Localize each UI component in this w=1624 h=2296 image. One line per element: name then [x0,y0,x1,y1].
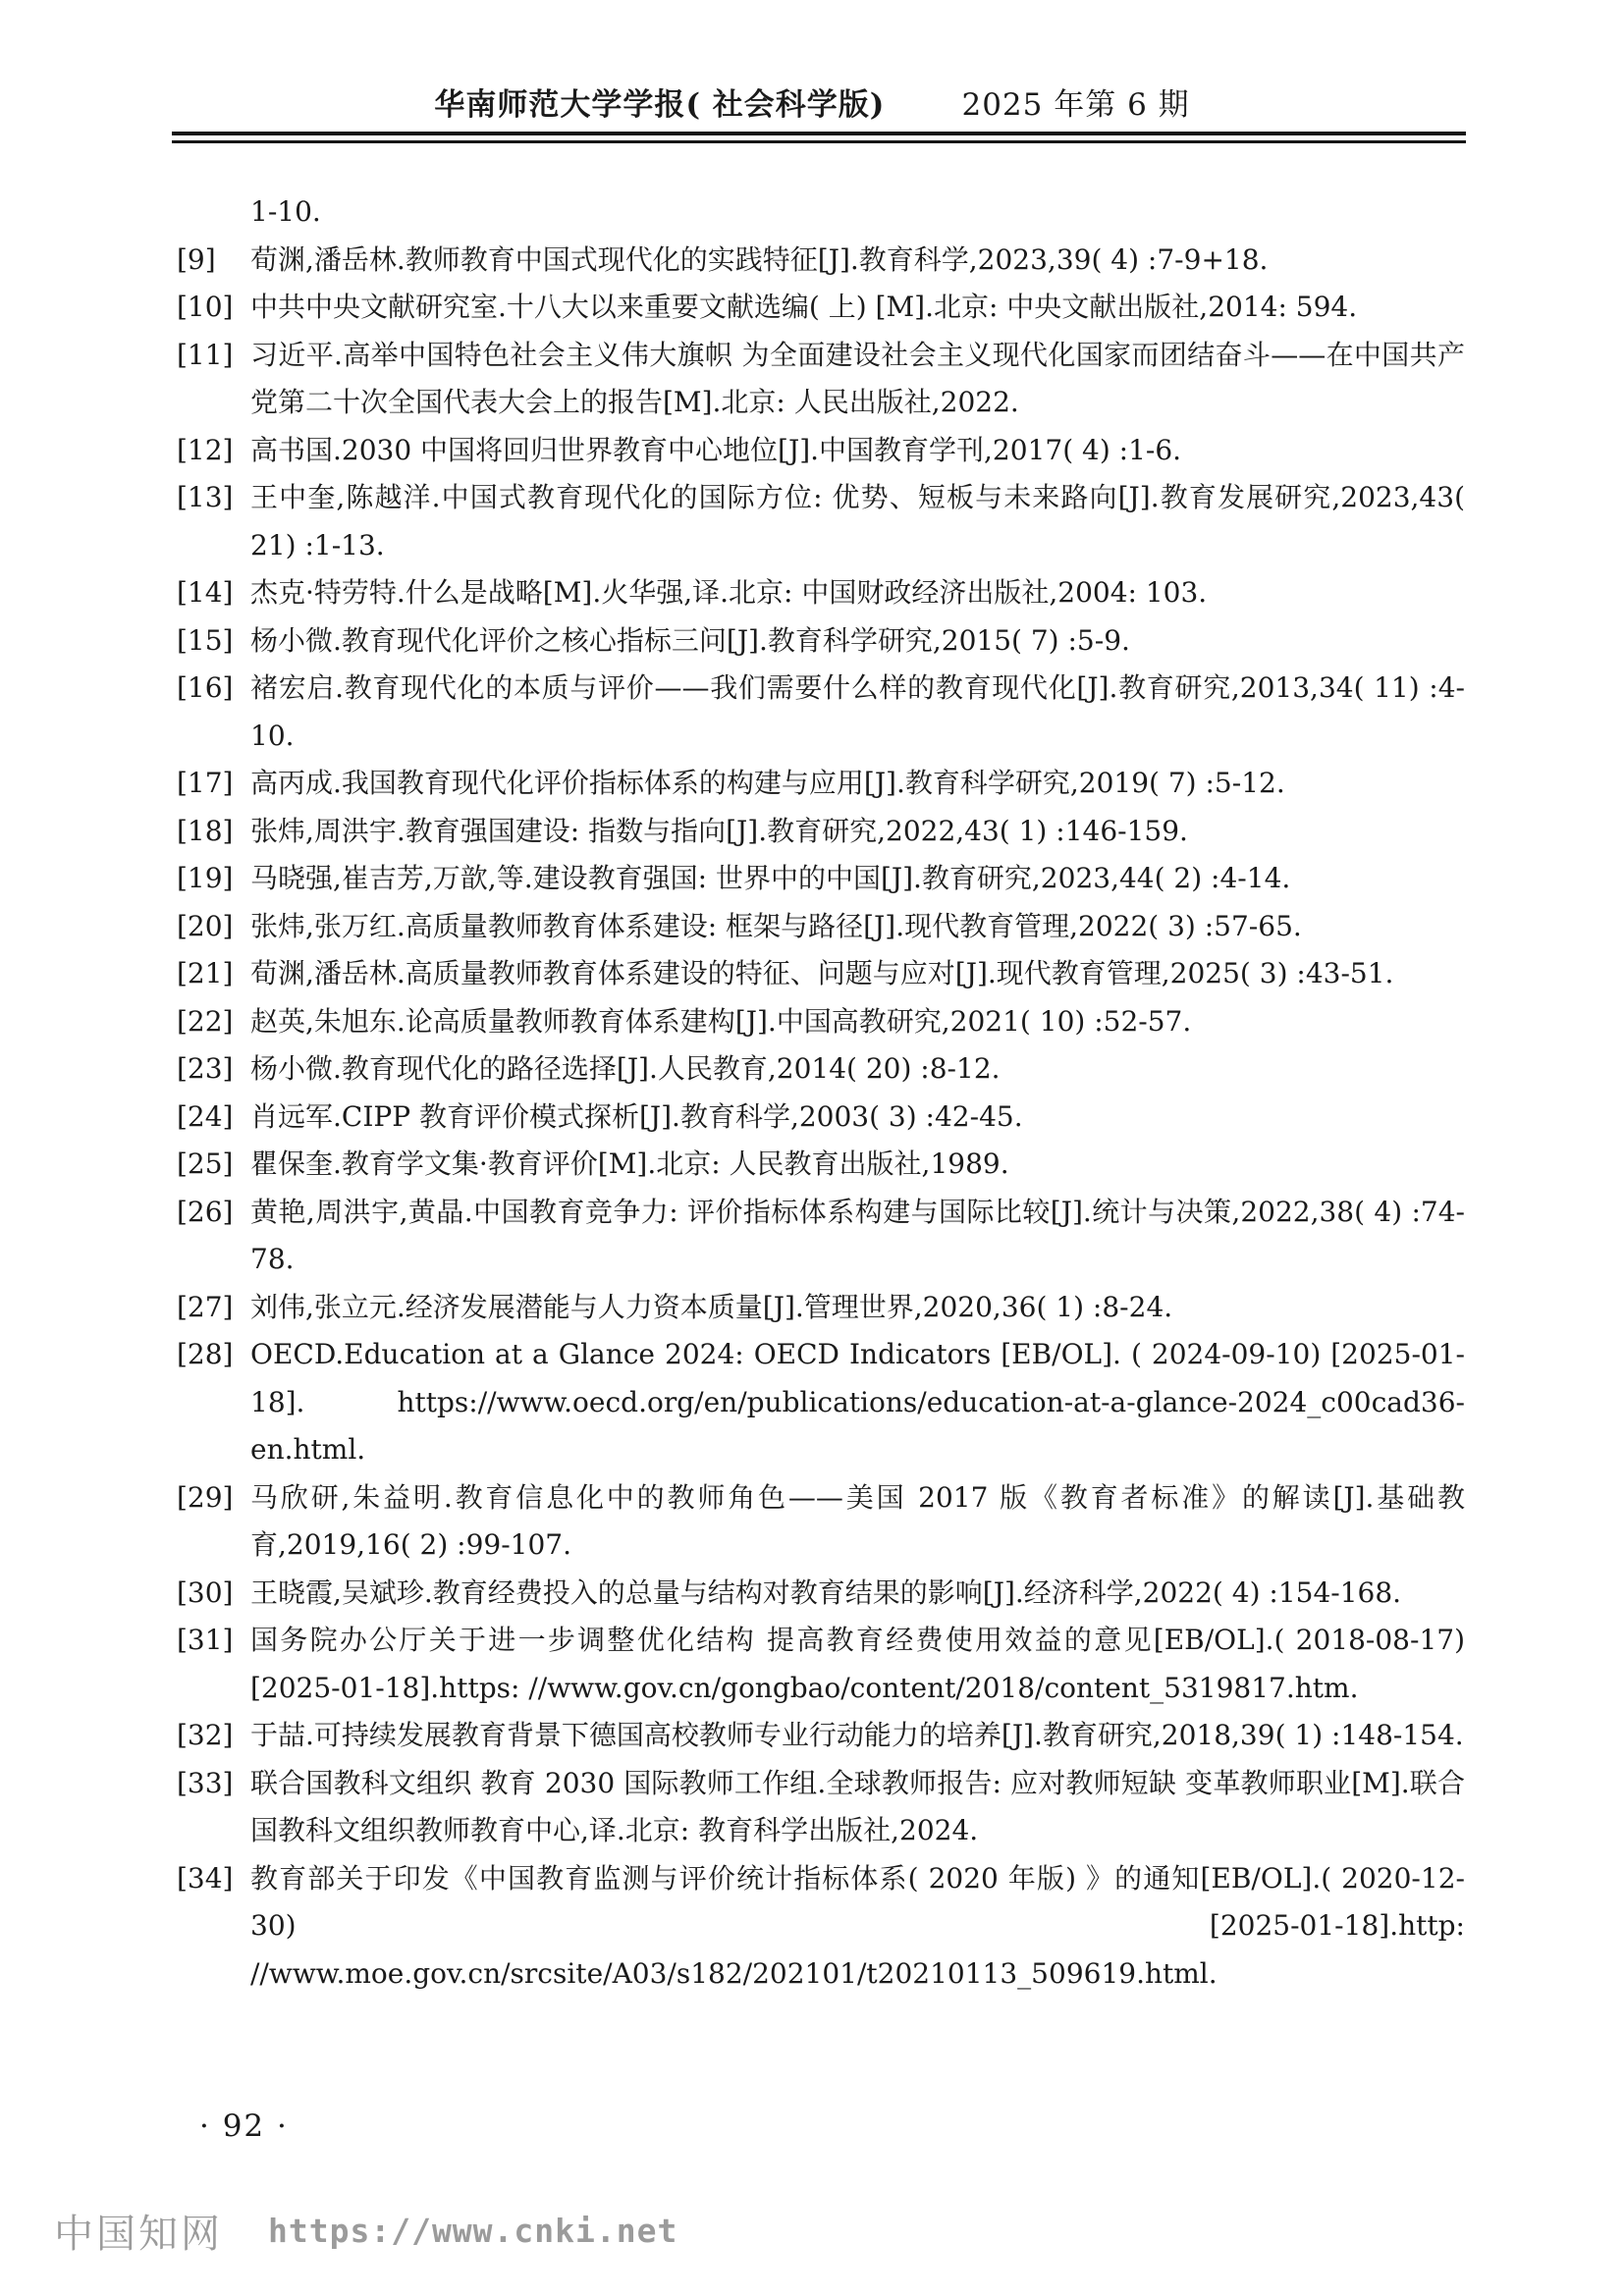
reference-item: [26] 黄艳,周洪宇,黄晶.中国教育竞争力: 评价指标体系构建与国际比较[J]… [177,1189,1465,1284]
reference-text: 刘伟,张立元.经济发展潜能与人力资本质量[J].管理世界,2020,36( 1)… [250,1291,1172,1323]
reference-item: [10] 中共中央文献研究室.十八大以来重要文献选编( 上) [M].北京: 中… [177,284,1465,332]
reference-item: [30] 王晓霞,吴斌珍.教育经费投入的总量与结构对教育结果的影响[J].经济科… [177,1570,1465,1618]
journal-title: 华南师范大学学报( 社会科学版) [434,86,885,124]
reference-text: 瞿保奎.教育学文集·教育评价[M].北京: 人民教育出版社,1989. [250,1148,1009,1180]
cnki-brand: 中国知网 [54,2203,223,2259]
reference-text: 高丙成.我国教育现代化评价指标体系的构建与应用[J].教育科学研究,2019( … [250,767,1285,799]
reference-item: [31] 国务院办公厅关于进一步调整优化结构 提高教育经费使用效益的意见[EB/… [177,1617,1465,1712]
reference-text: 杨小微.教育现代化评价之核心指标三问[J].教育科学研究,2015( 7) :5… [250,624,1130,657]
page-number: · 92 · [199,2109,289,2144]
reference-label: [21] [177,950,233,998]
reference-text: OECD.Education at a Glance 2024: OECD In… [250,1338,1465,1466]
reference-text: 马晓强,崔吉芳,万歆,等.建设教育强国: 世界中的中国[J].教育研究,2023… [250,862,1290,894]
reference-label: [19] [177,855,233,903]
reference-text: 联合国教科文组织 教育 2030 国际教师工作组.全球教师报告: 应对教师短缺 … [250,1767,1465,1847]
reference-label: [14] [177,569,233,617]
reference-item: [20] 张炜,张万红.高质量教师教育体系建设: 框架与路径[J].现代教育管理… [177,903,1465,951]
reference-text: 肖远军.CIPP 教育评价模式探析[J].教育科学,2003( 3) :42-4… [250,1100,1023,1133]
reference-item: [15] 杨小微.教育现代化评价之核心指标三问[J].教育科学研究,2015( … [177,617,1465,666]
reference-text: 王晓霞,吴斌珍.教育经费投入的总量与结构对教育结果的影响[J].经济科学,202… [250,1576,1401,1609]
reference-item: [23] 杨小微.教育现代化的路径选择[J].人民教育,2014( 20) :8… [177,1045,1465,1094]
header-divider [172,132,1466,143]
reference-label: [16] [177,665,233,713]
reference-text: 荀渊,潘岳林.教师教育中国式现代化的实践特征[J].教育科学,2023,39( … [250,243,1268,276]
references-list: [9] 荀渊,潘岳林.教师教育中国式现代化的实践特征[J].教育科学,2023,… [177,237,1465,1999]
reference-item: [18] 张炜,周洪宇.教育强国建设: 指数与指向[J].教育研究,2022,4… [177,808,1465,856]
reference-label: [29] [177,1474,233,1522]
reference-text: 中共中央文献研究室.十八大以来重要文献选编( 上) [M].北京: 中央文献出版… [250,291,1357,323]
reference-item: [13] 王中奎,陈越洋.中国式教育现代化的国际方位: 优势、短板与未来路向[J… [177,474,1465,569]
reference-item: [19] 马晓强,崔吉芳,万歆,等.建设教育强国: 世界中的中国[J].教育研究… [177,855,1465,903]
reference-item: [28] OECD.Education at a Glance 2024: OE… [177,1331,1465,1474]
reference-text: 张炜,周洪宇.教育强国建设: 指数与指向[J].教育研究,2022,43( 1)… [250,815,1188,847]
reference-carryover-text: 1-10. [177,188,1465,237]
reference-label: [10] [177,284,233,332]
reference-text: 习近平.高举中国特色社会主义伟大旗帜 为全面建设社会主义现代化国家而团结奋斗——… [250,339,1465,419]
reference-label: [25] [177,1141,233,1189]
reference-item: [25] 瞿保奎.教育学文集·教育评价[M].北京: 人民教育出版社,1989. [177,1141,1465,1189]
reference-item: [24] 肖远军.CIPP 教育评价模式探析[J].教育科学,2003( 3) … [177,1094,1465,1142]
reference-item: [9] 荀渊,潘岳林.教师教育中国式现代化的实践特征[J].教育科学,2023,… [177,237,1465,285]
references-section: 1-10. [9] 荀渊,潘岳林.教师教育中国式现代化的实践特征[J].教育科学… [177,188,1465,1998]
reference-text: 于喆.可持续发展教育背景下德国高校教师专业行动能力的培养[J].教育研究,201… [250,1719,1464,1751]
issue-info: 2025 年第 6 期 [961,86,1189,124]
reference-label: [27] [177,1284,233,1332]
reference-text: 杨小微.教育现代化的路径选择[J].人民教育,2014( 20) :8-12. [250,1052,1001,1085]
reference-label: [30] [177,1570,233,1618]
reference-text: 马欣研,朱益明.教育信息化中的教师角色——美国 2017 版《教育者标准》的解读… [250,1481,1465,1562]
reference-item: [16] 褚宏启.教育现代化的本质与评价——我们需要什么样的教育现代化[J].教… [177,665,1465,760]
reference-label: [22] [177,998,233,1046]
reference-text: 赵英,朱旭东.论高质量教师教育体系建构[J].中国高教研究,2021( 10) … [250,1005,1191,1038]
reference-text: 国务院办公厅关于进一步调整优化结构 提高教育经费使用效益的意见[EB/OL].(… [250,1624,1465,1704]
reference-item: [12] 高书国.2030 中国将回归世界教育中心地位[J].中国教育学刊,20… [177,427,1465,475]
reference-label: [18] [177,808,233,856]
page-header: 华南师范大学学报( 社会科学版) 2025 年第 6 期 [0,86,1624,124]
reference-label: [23] [177,1045,233,1094]
divider-top-line [172,132,1466,135]
cnki-watermark: 中国知网 https://www.cnki.net [54,2203,677,2259]
reference-label: [11] [177,332,233,380]
reference-text: 教育部关于印发《中国教育监测与评价统计指标体系( 2020 年版) 》的通知[E… [250,1862,1465,1990]
divider-bottom-line [172,140,1466,143]
reference-label: [28] [177,1331,233,1379]
reference-text: 张炜,张万红.高质量教师教育体系建设: 框架与路径[J].现代教育管理,2022… [250,910,1302,942]
reference-item: [22] 赵英,朱旭东.论高质量教师教育体系建构[J].中国高教研究,2021(… [177,998,1465,1046]
reference-label: [24] [177,1094,233,1142]
reference-text: 黄艳,周洪宇,黄晶.中国教育竞争力: 评价指标体系构建与国际比较[J].统计与决… [250,1196,1465,1276]
reference-item: [29] 马欣研,朱益明.教育信息化中的教师角色——美国 2017 版《教育者标… [177,1474,1465,1570]
reference-text: 高书国.2030 中国将回归世界教育中心地位[J].中国教育学刊,2017( 4… [250,434,1181,466]
reference-item: [34] 教育部关于印发《中国教育监测与评价统计指标体系( 2020 年版) 》… [177,1855,1465,1999]
reference-text: 王中奎,陈越洋.中国式教育现代化的国际方位: 优势、短板与未来路向[J].教育发… [250,481,1465,561]
reference-text: 杰克·特劳特.什么是战略[M].火华强,译.北京: 中国财政经济出版社,2004… [250,576,1207,609]
journal-page: 华南师范大学学报( 社会科学版) 2025 年第 6 期 1-10. [9] 荀… [0,0,1624,2296]
reference-label: [13] [177,474,233,522]
reference-item: [21] 荀渊,潘岳林.高质量教师教育体系建设的特征、问题与应对[J].现代教育… [177,950,1465,998]
reference-text: 荀渊,潘岳林.高质量教师教育体系建设的特征、问题与应对[J].现代教育管理,20… [250,957,1393,989]
reference-item: [32] 于喆.可持续发展教育背景下德国高校教师专业行动能力的培养[J].教育研… [177,1712,1465,1760]
reference-text: 褚宏启.教育现代化的本质与评价——我们需要什么样的教育现代化[J].教育研究,2… [250,671,1465,752]
reference-item: [17] 高丙成.我国教育现代化评价指标体系的构建与应用[J].教育科学研究,2… [177,760,1465,808]
reference-item: [11] 习近平.高举中国特色社会主义伟大旗帜 为全面建设社会主义现代化国家而团… [177,332,1465,427]
reference-label: [26] [177,1189,233,1237]
reference-item: [27] 刘伟,张立元.经济发展潜能与人力资本质量[J].管理世界,2020,3… [177,1284,1465,1332]
reference-item: [14] 杰克·特劳特.什么是战略[M].火华强,译.北京: 中国财政经济出版社… [177,569,1465,617]
reference-label: [12] [177,427,233,475]
reference-label: [33] [177,1760,233,1808]
cnki-url: https://www.cnki.net [268,2212,677,2250]
reference-label: [20] [177,903,233,951]
reference-label: [9] [177,237,216,285]
reference-label: [32] [177,1712,233,1760]
reference-label: [34] [177,1855,233,1903]
reference-label: [17] [177,760,233,808]
reference-label: [31] [177,1617,233,1665]
reference-item: [33] 联合国教科文组织 教育 2030 国际教师工作组.全球教师报告: 应对… [177,1760,1465,1855]
reference-label: [15] [177,617,233,666]
